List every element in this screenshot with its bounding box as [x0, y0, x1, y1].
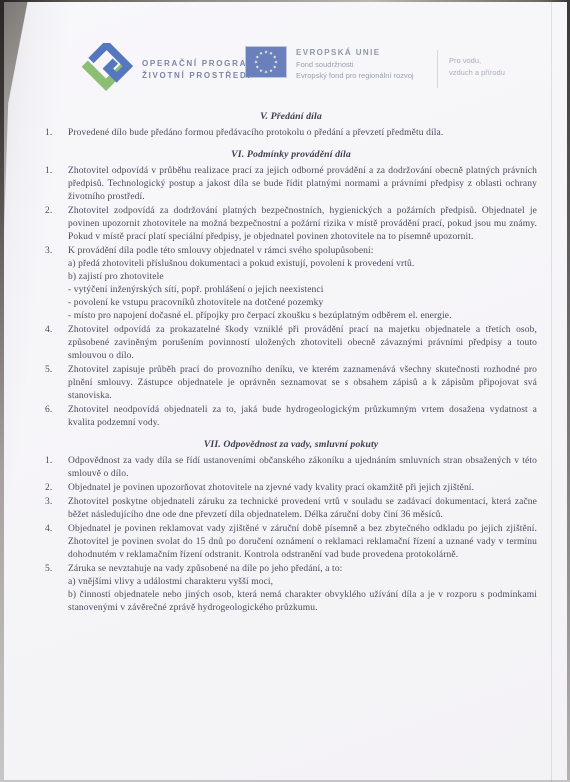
program-title: OPERAČNÍ PROGRAM ŽIVOTNÍ PROSTŘEDÍ: [142, 58, 255, 81]
item-paragraph: Zhotovitel poskytne objednateli záruku z…: [68, 496, 537, 522]
tagline-line2: vzduch a přírodu: [449, 67, 505, 79]
item-body: K provádění díla podle této smlouvy obje…: [68, 245, 537, 323]
header-divider: [437, 50, 438, 88]
program-title-line2: ŽIVOTNÍ PROSTŘEDÍ: [142, 70, 255, 82]
eu-star-icon: ★: [264, 69, 268, 75]
list-item: 2.Zhotovitel zodpovídá za dodržování pla…: [45, 205, 537, 244]
scan-edge-left: [0, 0, 4, 782]
item-number: 1.: [45, 455, 68, 481]
item-body: Zhotovitel odpovídá za prokazatelné škod…: [68, 324, 537, 363]
item-body: Záruka se nevztahuje na vady způsobené n…: [68, 563, 537, 615]
item-paragraph: Zhotovitel zodpovídá za dodržování platn…: [68, 205, 537, 244]
list-item: 1.Odpovědnost za vady díla se řídí ustan…: [45, 455, 537, 481]
item-subline: b) zajistí pro zhotovitele: [68, 271, 537, 284]
program-title-line1: OPERAČNÍ PROGRAM: [142, 58, 255, 70]
item-number: 1.: [45, 165, 68, 204]
document-body: V. Předání díla1.Provedené dílo bude pře…: [45, 102, 537, 616]
list-item: 2.Objednatel je povinen upozorňovat zhot…: [45, 482, 537, 495]
item-paragraph: Zhotovitel neodpovídá objednateli za to,…: [68, 404, 537, 430]
eu-subtitle-fond: Fond soudržnosti: [296, 60, 414, 71]
item-number: 6.: [45, 404, 68, 430]
section-heading: VI. Podmínky provádění díla: [45, 148, 537, 161]
section-heading: V. Předání díla: [45, 110, 537, 123]
list-item: 1.Provedené dílo bude předáno formou pře…: [45, 127, 537, 140]
eu-flag-icon: ★★★★★★★★★★★★: [246, 47, 286, 77]
paper-edge-line: [551, 0, 552, 782]
scan-edge-top: [0, 0, 570, 2]
item-paragraph: Odpovědnost za vady díla se řídí ustanov…: [68, 455, 537, 481]
list-item: 4.Zhotovitel odpovídá za prokazatelné šk…: [45, 324, 537, 363]
section-heading: VII. Odpovědnost za vady, smluvní pokuty: [45, 438, 537, 451]
item-body: Odpovědnost za vady díla se řídí ustanov…: [68, 455, 537, 481]
item-body: Zhotovitel odpovídá v průběhu realizace …: [68, 165, 537, 204]
item-paragraph: Provedené dílo bude předáno formou předá…: [68, 127, 537, 140]
item-subline: a) předá zhotoviteli příslušnou dokument…: [68, 258, 537, 271]
item-paragraph: Zhotovitel zapisuje průběh prací do prov…: [68, 364, 537, 403]
item-body: Objednatel je povinen upozorňovat zhotov…: [68, 482, 537, 495]
list-item: 5.Záruka se nevztahuje na vady způsobené…: [45, 563, 537, 615]
list-item: 6.Zhotovitel neodpovídá objednateli za t…: [45, 404, 537, 430]
tagline-line1: Pro vodu,: [449, 55, 505, 67]
item-number: 4.: [45, 523, 68, 562]
item-subline: - povolení ke vstupu pracovníků zhotovit…: [68, 297, 537, 310]
eu-text-block: EVROPSKÁ UNIE Fond soudržnosti Evropský …: [296, 48, 414, 81]
list-item: 5.Zhotovitel zapisuje průběh prací do pr…: [45, 364, 537, 403]
item-number: 2.: [45, 482, 68, 495]
item-body: Provedené dílo bude předáno formou předá…: [68, 127, 537, 140]
item-number: 1.: [45, 127, 68, 140]
list-item: 1.Zhotovitel odpovídá v průběhu realizac…: [45, 165, 537, 204]
scanned-document-page: OPERAČNÍ PROGRAM ŽIVOTNÍ PROSTŘEDÍ ★★★★★…: [0, 0, 570, 782]
item-number: 3.: [45, 245, 68, 323]
item-body: Zhotovitel zapisuje průběh prací do prov…: [68, 364, 537, 403]
item-paragraph: Zhotovitel odpovídá za prokazatelné škod…: [68, 324, 537, 363]
list-item: 4.Objednatel je povinen reklamovat vady …: [45, 523, 537, 562]
item-body: Zhotovitel zodpovídá za dodržování platn…: [68, 205, 537, 244]
item-number: 5.: [45, 563, 68, 615]
item-paragraph: Záruka se nevztahuje na vady způsobené n…: [68, 563, 537, 576]
eu-title: EVROPSKÁ UNIE: [296, 48, 414, 57]
item-subline: - místo pro napojení dočasné el. přípojk…: [68, 310, 537, 323]
item-paragraph: K provádění díla podle této smlouvy obje…: [68, 245, 537, 258]
item-subline: b) činností objednatele nebo jiných osob…: [68, 589, 537, 615]
item-body: Zhotovitel neodpovídá objednateli za to,…: [68, 404, 537, 430]
item-number: 5.: [45, 364, 68, 403]
list-item: 3.Zhotovitel poskytne objednateli záruku…: [45, 496, 537, 522]
item-number: 2.: [45, 205, 68, 244]
program-tagline: Pro vodu, vzduch a přírodu: [449, 55, 505, 78]
item-paragraph: Zhotovitel odpovídá v průběhu realizace …: [68, 165, 537, 204]
eu-flag-stars: ★★★★★★★★★★★★: [246, 47, 286, 77]
item-number: 4.: [45, 324, 68, 363]
item-subline: - vytýčení inženýrských sítí, popř. proh…: [68, 284, 537, 297]
document-header: OPERAČNÍ PROGRAM ŽIVOTNÍ PROSTŘEDÍ ★★★★★…: [0, 0, 570, 105]
item-paragraph: Objednatel je povinen upozorňovat zhotov…: [68, 482, 537, 495]
list-item: 3.K provádění díla podle této smlouvy ob…: [45, 245, 537, 323]
item-body: Zhotovitel poskytne objednateli záruku z…: [68, 496, 537, 522]
item-body: Objednatel je povinen reklamovat vady zj…: [68, 523, 537, 562]
item-paragraph: Objednatel je povinen reklamovat vady zj…: [68, 523, 537, 562]
item-number: 3.: [45, 496, 68, 522]
opzp-logo-icon: [79, 43, 133, 93]
eu-subtitle-fund: Evropský fond pro regionální rozvoj: [296, 71, 414, 82]
item-subline: a) vnějšími vlivy a událostmi charakteru…: [68, 576, 537, 589]
